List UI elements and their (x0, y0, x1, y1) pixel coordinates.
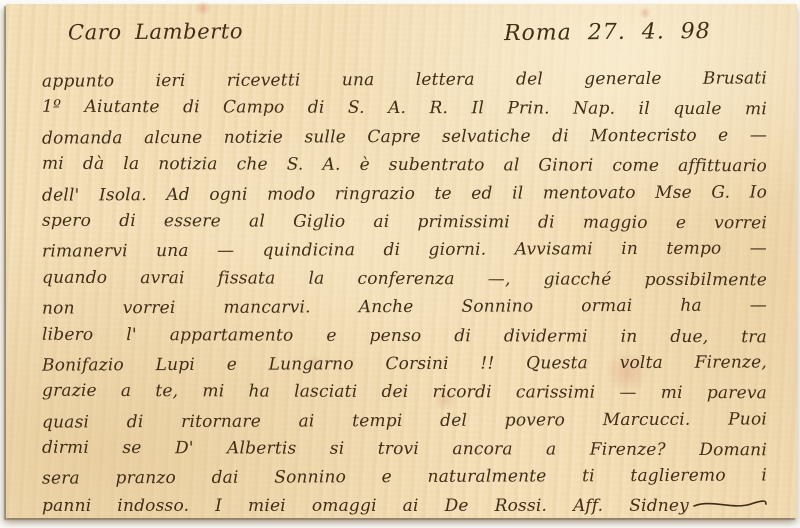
handwriting-line: non vorrei mancarvi. Anche Sonnino ormai… (42, 292, 767, 324)
handwriting-line: mi dà la notizia che S. A. è subentrato … (42, 150, 767, 181)
postcard-scan: Caro Lamberto Roma 27. 4. 98 appunto ier… (6, 4, 797, 518)
letter-header: Caro Lamberto Roma 27. 4. 98 (42, 18, 767, 64)
handwriting-line: quasi di ritornare ai tempi del povero M… (42, 405, 767, 437)
dateline: Roma 27. 4. 98 (504, 19, 711, 46)
signature-flourish-line (693, 497, 767, 511)
handwriting-line: 1º Aiutante di Campo di S. A. R. Il Prin… (42, 93, 767, 124)
handwriting-line: appunto ieri ricevetti una lettera del g… (42, 64, 767, 96)
letter-body: appunto ieri ricevetti una lettera del g… (42, 66, 767, 520)
handwriting-line: libero l' appartamento e penso di divide… (42, 320, 767, 351)
handwriting-line: domanda alcune notizie sulle Capre selva… (42, 121, 767, 153)
closing-text-and-signature: panni indosso. I miei omaggi ai De Rossi… (42, 492, 689, 520)
handwriting-line: quando avrai fissata la conferenza —, gi… (42, 263, 767, 294)
handwriting-line: dell' Isola. Ad ogni modo ringrazio te e… (42, 178, 767, 210)
handwriting-line: sera pranzo dai Sonnino e naturalmente t… (42, 462, 767, 494)
handwriting-line: Bonifazio Lupi e Lungarno Corsini !! Que… (42, 348, 767, 380)
handwriting-line: grazie a te, mi ha lasciati dei ricordi … (42, 377, 767, 408)
handwriting-line: spero di essere al Giglio ai primissimi … (42, 207, 767, 238)
handwriting-line: dirmi se D' Albertis si trovi ancora a F… (42, 434, 767, 465)
closing-line: panni indosso. I miei omaggi ai De Rossi… (42, 492, 767, 520)
red-ink-showthrough (192, 2, 214, 14)
handwriting-line: rimanervi una — quindicina di giorni. Av… (42, 235, 767, 267)
